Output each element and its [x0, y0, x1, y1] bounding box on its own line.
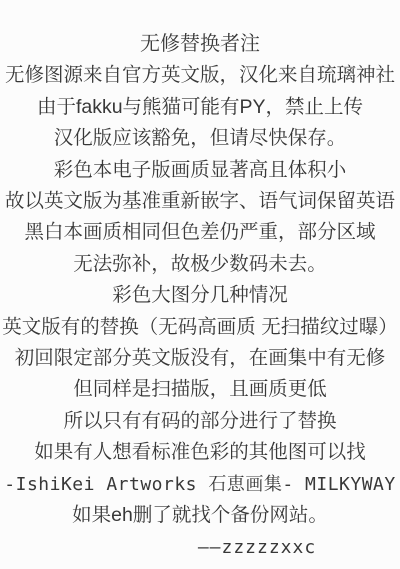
- note-line: 汉化版应该豁免，但请尽快保存。: [0, 123, 400, 154]
- note-line: 故以英文版为基准重新嵌字、语气词保留英语: [0, 186, 400, 217]
- note-line: 初回限定部分英文版没有，在画集中有无修: [0, 343, 400, 374]
- note-line: 无法弥补，故极少数码未去。: [0, 249, 400, 280]
- note-line: 无修图源来自官方英文版，汉化来自琉璃神社: [0, 60, 400, 91]
- note-line: 彩色本电子版画质显著高且体积小: [0, 155, 400, 186]
- translator-note-page: 无修替换者注 无修图源来自官方英文版，汉化来自琉璃神社 由于fakku与熊猫可能…: [0, 0, 400, 569]
- note-line: 但同样是扫描版，且画质更低: [0, 374, 400, 405]
- note-line: 黑白本画质相同但色差仍严重，部分区域: [0, 217, 400, 248]
- note-line: 如果eh删了就找个备份网站。: [0, 500, 400, 531]
- note-line: 所以只有有码的部分进行了替换: [0, 406, 400, 437]
- signature: ——zzzzzxxc: [57, 532, 400, 563]
- note-line-artbook-reference: -IshiKei Artworks 石恵画集- MILKYWAY: [0, 469, 400, 500]
- note-title: 无修替换者注: [0, 29, 400, 60]
- note-line: 彩色大图分几种情况: [0, 280, 400, 311]
- note-line: 英文版有的替换（无码高画质 无扫描纹过曝）: [0, 312, 400, 343]
- note-line: 由于fakku与熊猫可能有PY，禁止上传: [0, 92, 400, 123]
- note-line: 如果有人想看标准色彩的其他图可以找: [0, 437, 400, 468]
